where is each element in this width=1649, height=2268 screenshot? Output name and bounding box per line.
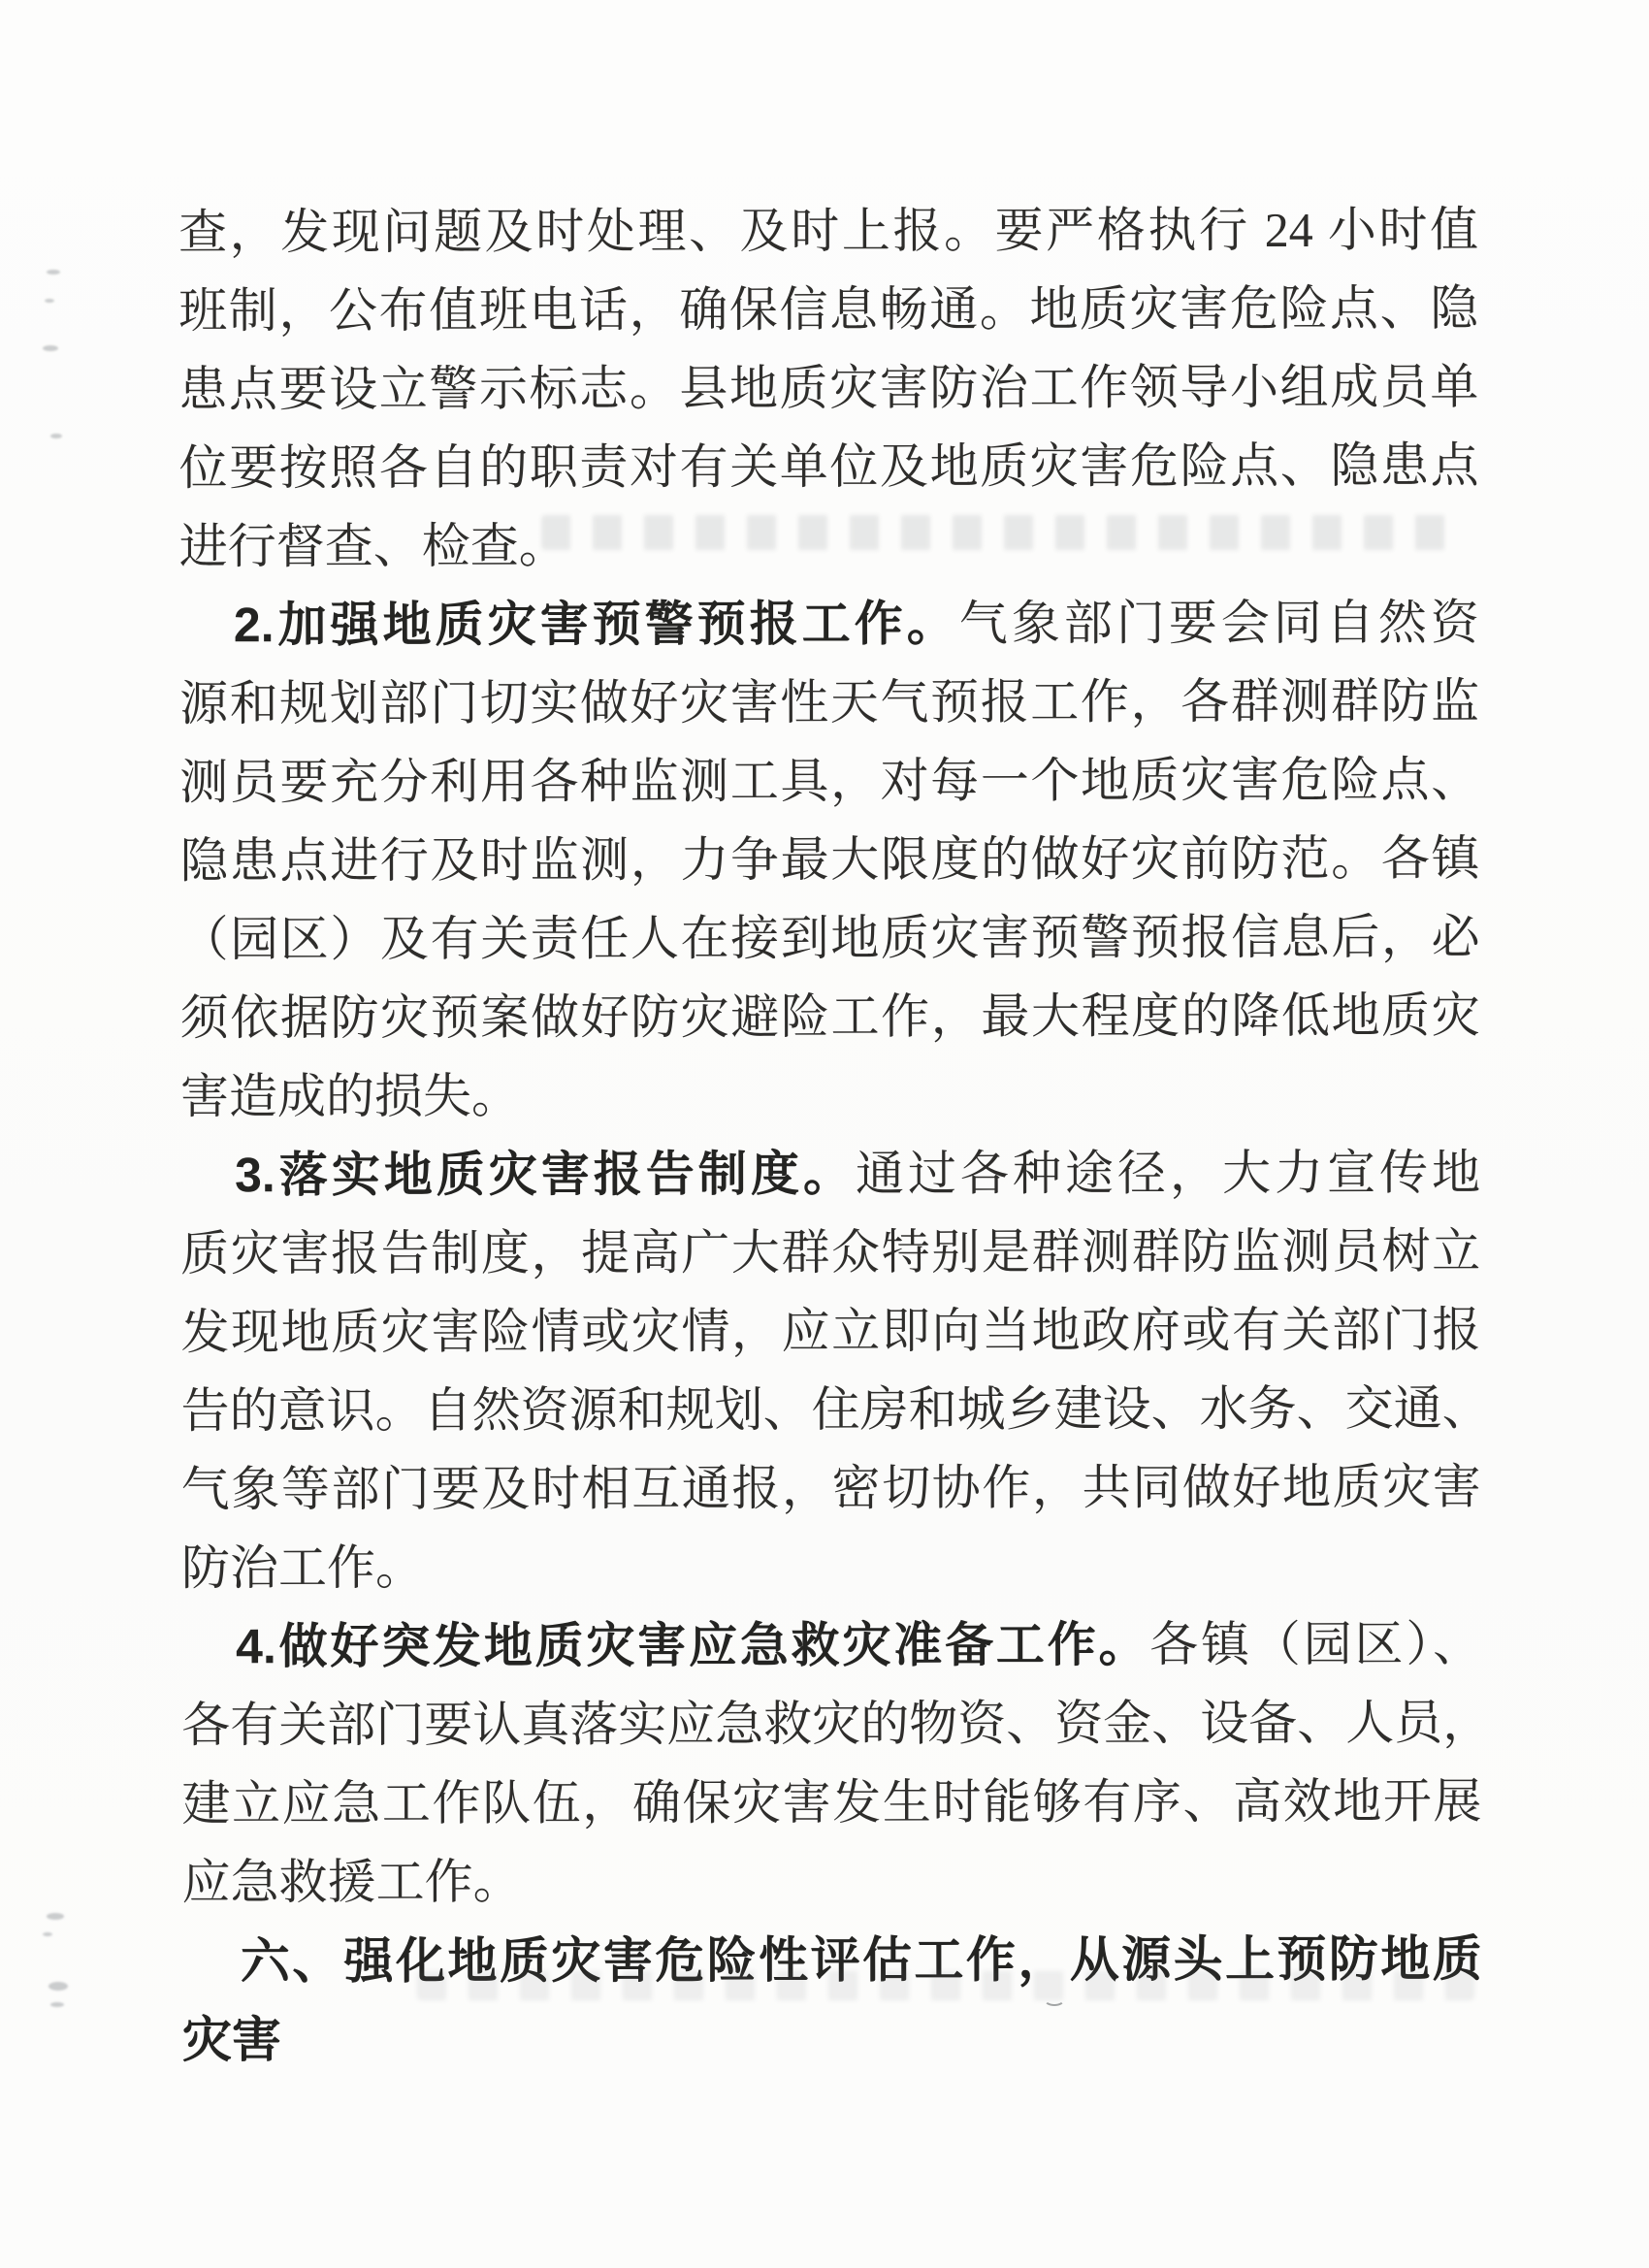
scanned-page: 查，发现问题及时处理、及时上报。要严格执行 24 小时值班制，公布值班电话，确保… [0, 0, 1649, 2268]
text-line: 班制，公布值班电话，确保信息畅通。地质灾害危险点、隐 [178, 270, 1478, 351]
text-line: 防治工作。 [181, 1527, 1481, 1608]
text-line: 发现地质灾害险情或灾情，应立即向当地政府或有关部门报 [180, 1291, 1480, 1373]
scan-smudge [43, 345, 58, 351]
scan-smudge [50, 2002, 64, 2007]
text-line: 患点要设立警示标志。县地质灾害防治工作领导小组成员单 [178, 348, 1478, 430]
line-text: 进行督查、检查。 [179, 519, 567, 574]
paragraph-lead: 4.做好突发地质灾害应急救灾准备工作。 [236, 1617, 1149, 1673]
text-line: 源和规划部门切实做好灾害性天气预报工作，各群测群防监 [179, 663, 1479, 744]
line-text: 防治工作。 [181, 1540, 424, 1596]
line-text: 查，发现问题及时处理、及时上报。要严格执行 24 小时值 [178, 203, 1478, 260]
line-text: 源和规划部门切实做好灾害性天气预报工作，各群测群防监 [179, 674, 1479, 731]
section-heading-line: 灾害 [182, 1998, 1482, 2080]
line-text: 班制，公布值班电话，确保信息畅通。地质灾害危险点、隐 [178, 281, 1478, 339]
scan-smudge [47, 1913, 64, 1920]
paragraph-lead: 3.落实地质灾害报告制度。 [235, 1147, 856, 1202]
text-line: 应急救援工作。 [182, 1841, 1482, 1923]
text-line: 建立应急工作队伍，确保灾害发生时能够有序、高效地开展 [181, 1763, 1481, 1844]
scan-smudge [43, 1932, 52, 1936]
text-line: 4.做好突发地质灾害应急救灾准备工作。各镇（园区）、 [181, 1605, 1481, 1687]
text-line: 查，发现问题及时处理、及时上报。要严格执行 24 小时值 [178, 191, 1478, 273]
text-line: 须依据防灾预案做好防灾避险工作，最大程度的降低地质灾 [180, 977, 1480, 1058]
text-line: 告的意识。自然资源和规划、住房和城乡建设、水务、交通、 [181, 1370, 1481, 1451]
line-text: 害造成的损失。 [180, 1069, 520, 1124]
scan-smudge [45, 299, 54, 303]
line-text: 建立应急工作队伍，确保灾害发生时能够有序、高效地开展 [181, 1774, 1481, 1831]
line-text: 患点要设立警示标志。县地质灾害防治工作领导小组成员单 [178, 360, 1478, 417]
line-text: 气象等部门要及时相互通报，密切协作，共同做好地质灾害 [181, 1460, 1481, 1517]
line-text: 告的意识。自然资源和规划、住房和城乡建设、水务、交通、 [181, 1381, 1491, 1439]
scan-smudge [47, 270, 60, 275]
line-text: 各镇（园区）、 [1149, 1617, 1481, 1672]
text-line: 质灾害报告制度，提高广大群众特别是群测群防监测员树立 [180, 1213, 1480, 1294]
line-text: 应急救援工作。 [182, 1855, 522, 1910]
scan-smudge [48, 1982, 68, 1991]
line-text: 隐患点进行及时监测，力争最大限度的做好灾前防范。各镇 [179, 831, 1479, 889]
text-line: 2.加强地质灾害预警预报工作。气象部门要会同自然资 [179, 584, 1479, 665]
text-line: 各有关部门要认真落实应急救灾的物资、资金、设备、人员， [181, 1684, 1481, 1766]
line-text: 质灾害报告制度，提高广大群众特别是群测群防监测员树立 [180, 1224, 1480, 1281]
scan-smudge [50, 434, 62, 438]
paragraph-lead: 灾害 [182, 2012, 281, 2067]
text-line: 3.落实地质灾害报告制度。通过各种途径，大力宣传地 [180, 1134, 1480, 1215]
text-line: 测员要充分利用各种监测工具，对每一个地质灾害危险点、 [179, 741, 1479, 823]
line-text: 各有关部门要认真落实应急救灾的物资、资金、设备、人员， [181, 1696, 1491, 1753]
text-line: 气象等部门要及时相互通报，密切协作，共同做好地质灾害 [181, 1448, 1481, 1530]
bleed-through-artifact [417, 1971, 1474, 2000]
line-text: 气象部门要会同自然资 [959, 596, 1479, 651]
line-text: 测员要充分利用各种监测工具，对每一个地质灾害危险点、 [179, 753, 1479, 810]
line-text: 通过各种途径，大力宣传地 [856, 1146, 1480, 1201]
line-text: （园区）及有关责任人在接到地质灾害预警预报信息后，必 [180, 910, 1480, 967]
page-text-block: 查，发现问题及时处理、及时上报。要严格执行 24 小时值班制，公布值班电话，确保… [178, 191, 1482, 2080]
line-text: 发现地质灾害险情或灾情，应立即向当地政府或有关部门报 [180, 1303, 1480, 1360]
line-text: 位要按照各自的职责对有关单位及地质灾害危险点、隐患点 [178, 438, 1478, 496]
paragraph-lead: 2.加强地质灾害预警预报工作。 [234, 597, 959, 653]
text-line: 害造成的损失。 [180, 1055, 1480, 1137]
text-line: 隐患点进行及时监测，力争最大限度的做好灾前防范。各镇 [179, 820, 1479, 901]
scan-smudge [1044, 1993, 1065, 2006]
bleed-through-artifact [541, 515, 1465, 550]
text-line: （园区）及有关责任人在接到地质灾害预警预报信息后，必 [179, 898, 1479, 980]
line-text: 须依据防灾预案做好防灾避险工作，最大程度的降低地质灾 [180, 988, 1480, 1046]
text-line: 位要按照各自的职责对有关单位及地质灾害危险点、隐患点 [178, 427, 1478, 508]
